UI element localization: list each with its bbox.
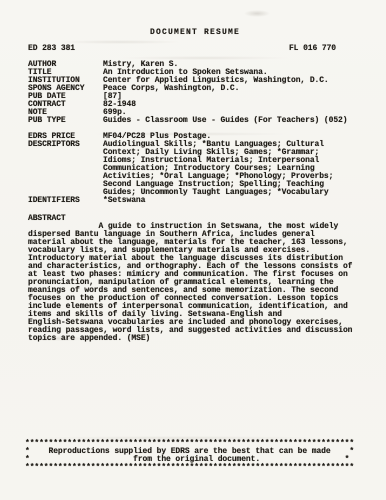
catalog-fields: EDRS PRICE MF04/PC28 Plus Postage. DESCR… (28, 133, 362, 205)
field-row-pub-date: PUB DATE [87] (28, 93, 362, 101)
field-value: Peace Corps, Washington, D.C. (103, 85, 239, 93)
clearinghouse-number: FL 016 770 (289, 45, 336, 53)
field-value: Guides - Classroom Use - Guides (For Tea… (103, 117, 347, 125)
field-row-spons-agency: SPONS AGENCY Peace Corps, Washington, D.… (28, 85, 362, 93)
field-value: Audiolingual Skills; *Bantu Languages; C… (103, 141, 333, 197)
abstract-text: A guide to instruction in Setswana, the … (28, 223, 362, 343)
document-resume-title: DOCUMENT RESUME (28, 29, 362, 37)
edrs-reproduction-notice: ****************************************… (25, 440, 354, 472)
field-row-contract: CONTRACT 82-1948 (28, 101, 362, 109)
field-value: *Setswana (103, 197, 145, 205)
bibliographic-fields: AUTHOR Mistry, Karen S. TITLE An Introdu… (28, 61, 362, 125)
field-label: PUB TYPE (28, 117, 103, 125)
document-content: DOCUMENT RESUME ED 283 381 FL 016 770 AU… (28, 0, 362, 343)
id-row: ED 283 381 FL 016 770 (28, 45, 362, 53)
field-row-descriptors: DESCRIPTORS Audiolingual Skills; *Bantu … (28, 141, 362, 197)
field-row-identifiers: IDENTIFIERS *Setswana (28, 197, 362, 205)
ed-accession-number: ED 283 381 (28, 45, 75, 53)
field-label: IDENTIFIERS (28, 197, 103, 205)
scanned-document-page: DOCUMENT RESUME ED 283 381 FL 016 770 AU… (0, 0, 386, 500)
field-label: DESCRIPTORS (28, 141, 103, 149)
field-row-pub-type: PUB TYPE Guides - Classroom Use - Guides… (28, 117, 362, 125)
abstract-section: ABSTRACT A guide to instruction in Setsw… (28, 215, 362, 343)
